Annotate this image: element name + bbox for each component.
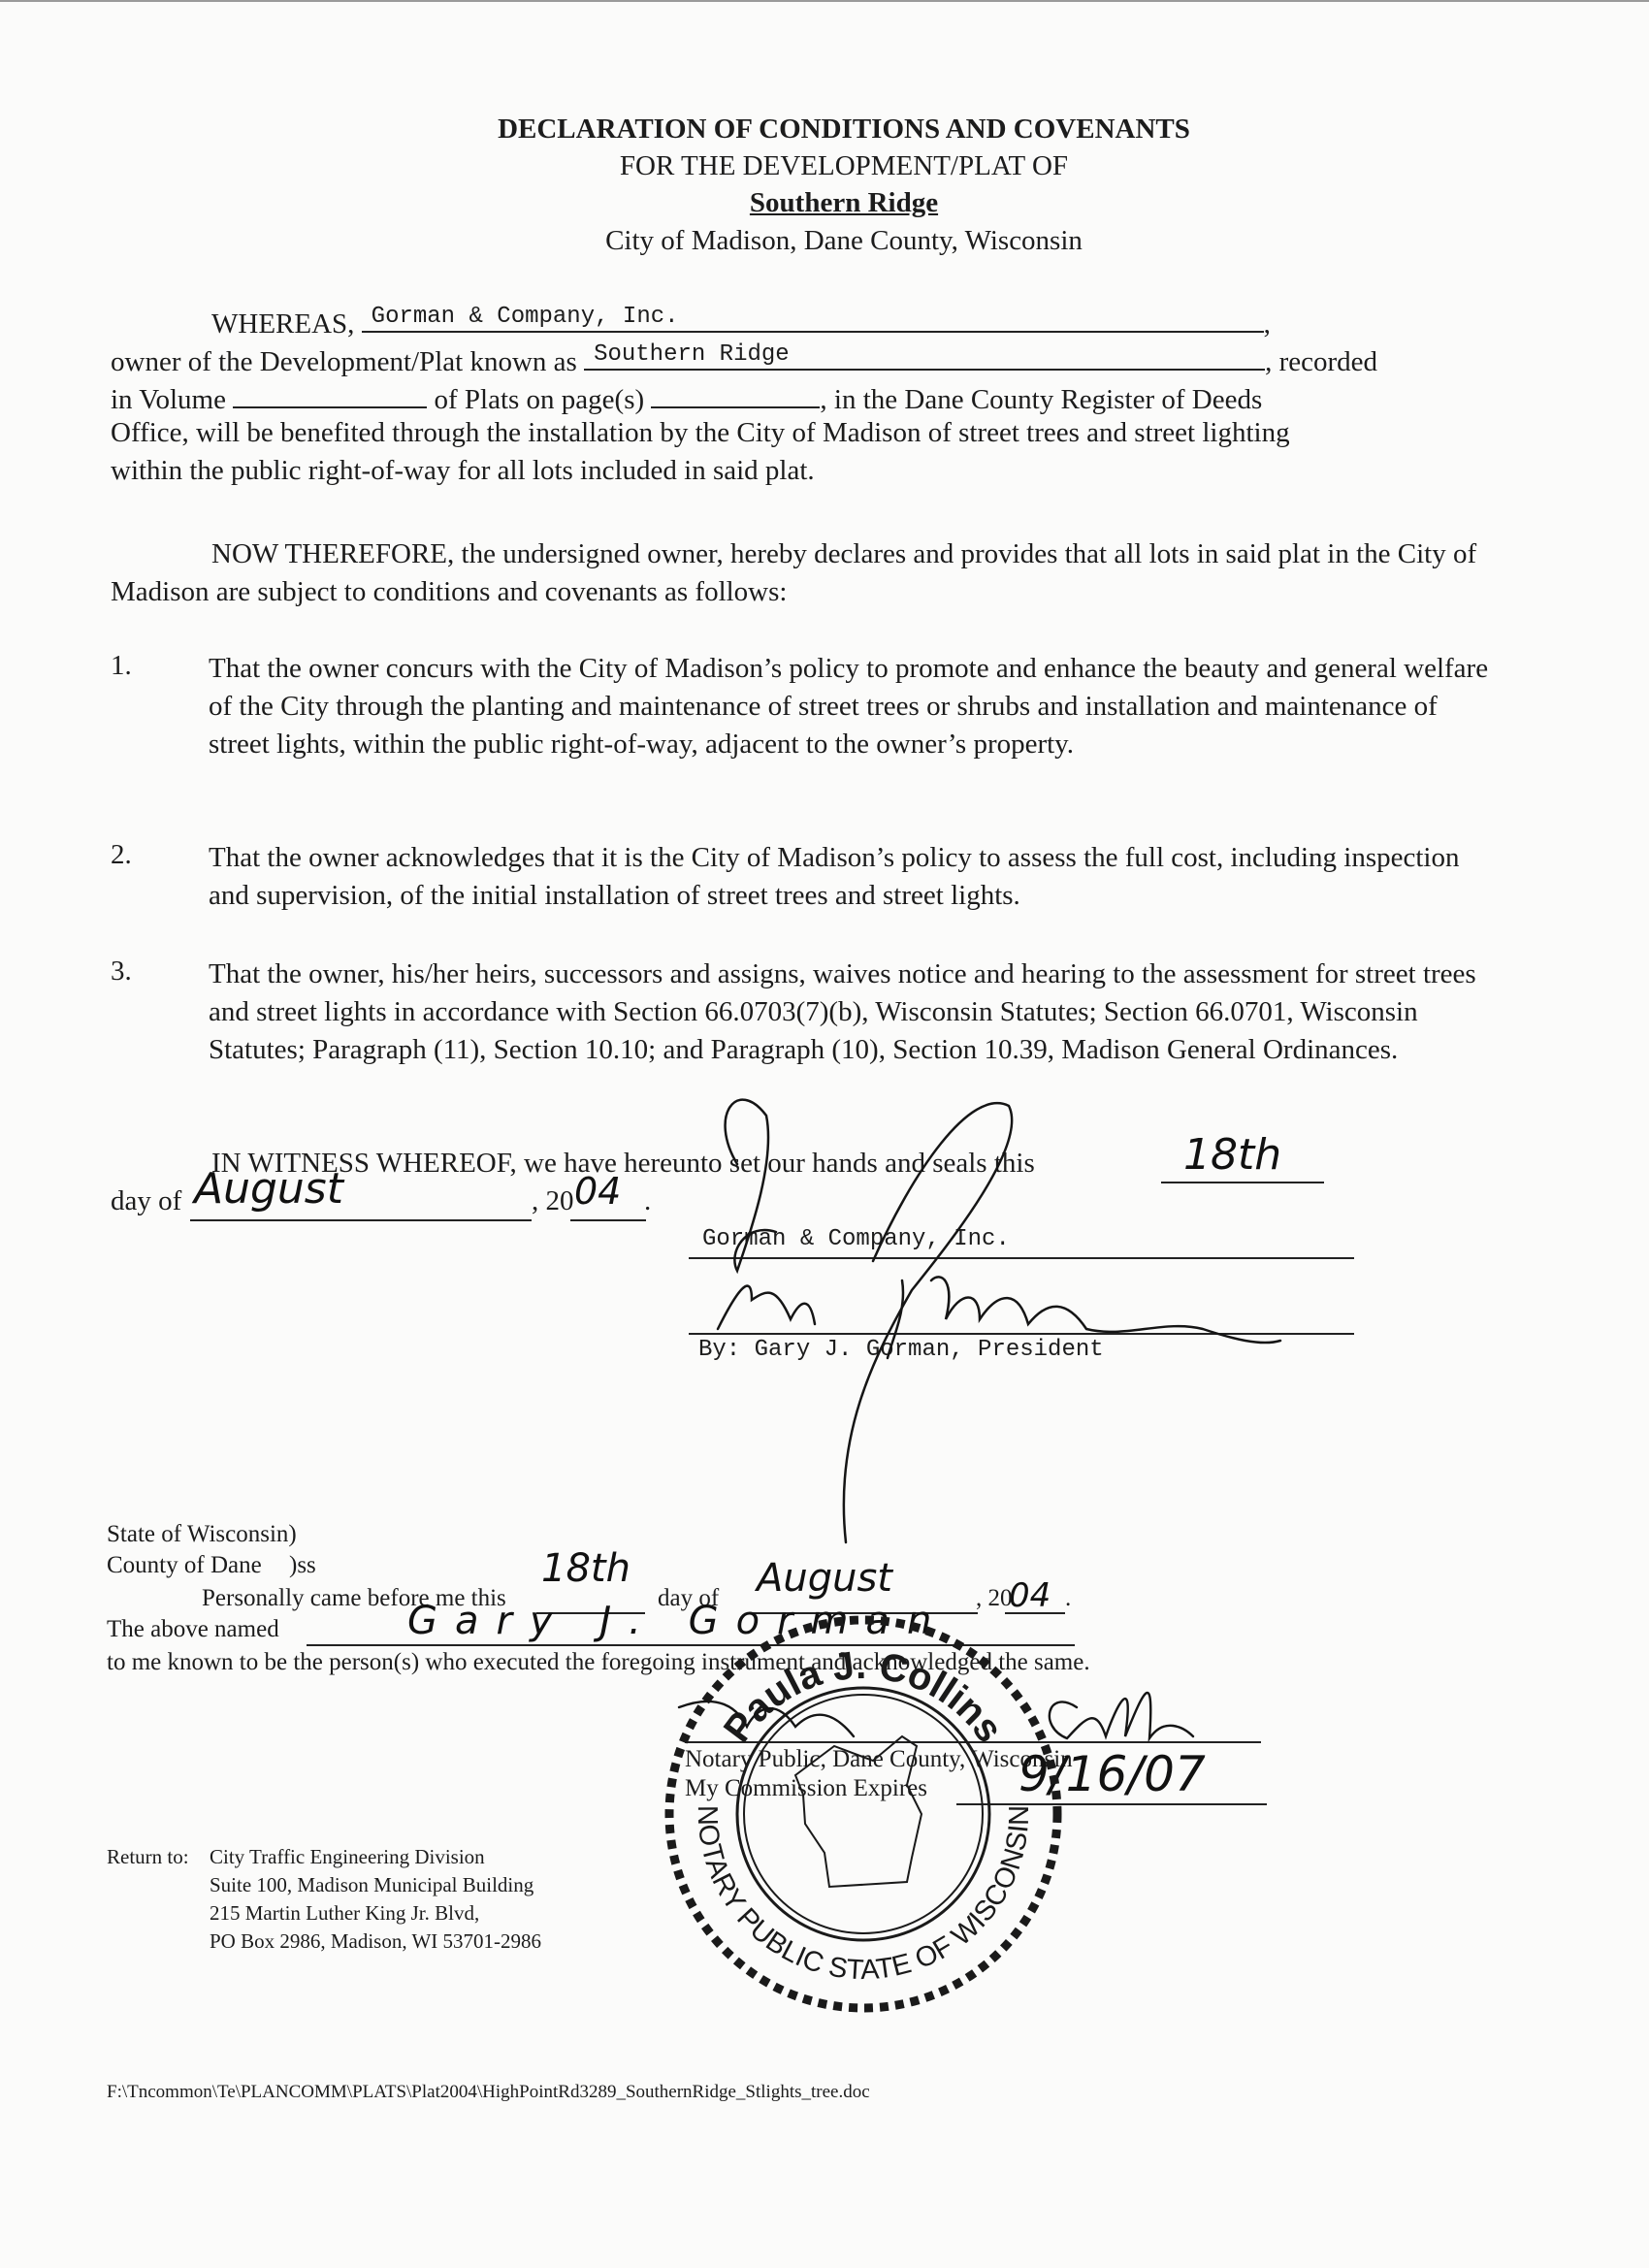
- return-to-label: Return to:: [107, 1845, 189, 1869]
- return-to-line-4: PO Box 2986, Madison, WI 53701-2986: [210, 1929, 541, 1954]
- return-to-line-3: 215 Martin Luther King Jr. Blvd,: [210, 1901, 479, 1926]
- return-to-line-2: Suite 100, Madison Municipal Building: [210, 1873, 533, 1897]
- footer-file-path: F:\Tncommon\Te\PLANCOMM\PLATS\Plat2004\H…: [107, 2082, 870, 2103]
- return-to-line-1: City Traffic Engineering Division: [210, 1845, 485, 1869]
- notary-signature: [0, 0, 1649, 2268]
